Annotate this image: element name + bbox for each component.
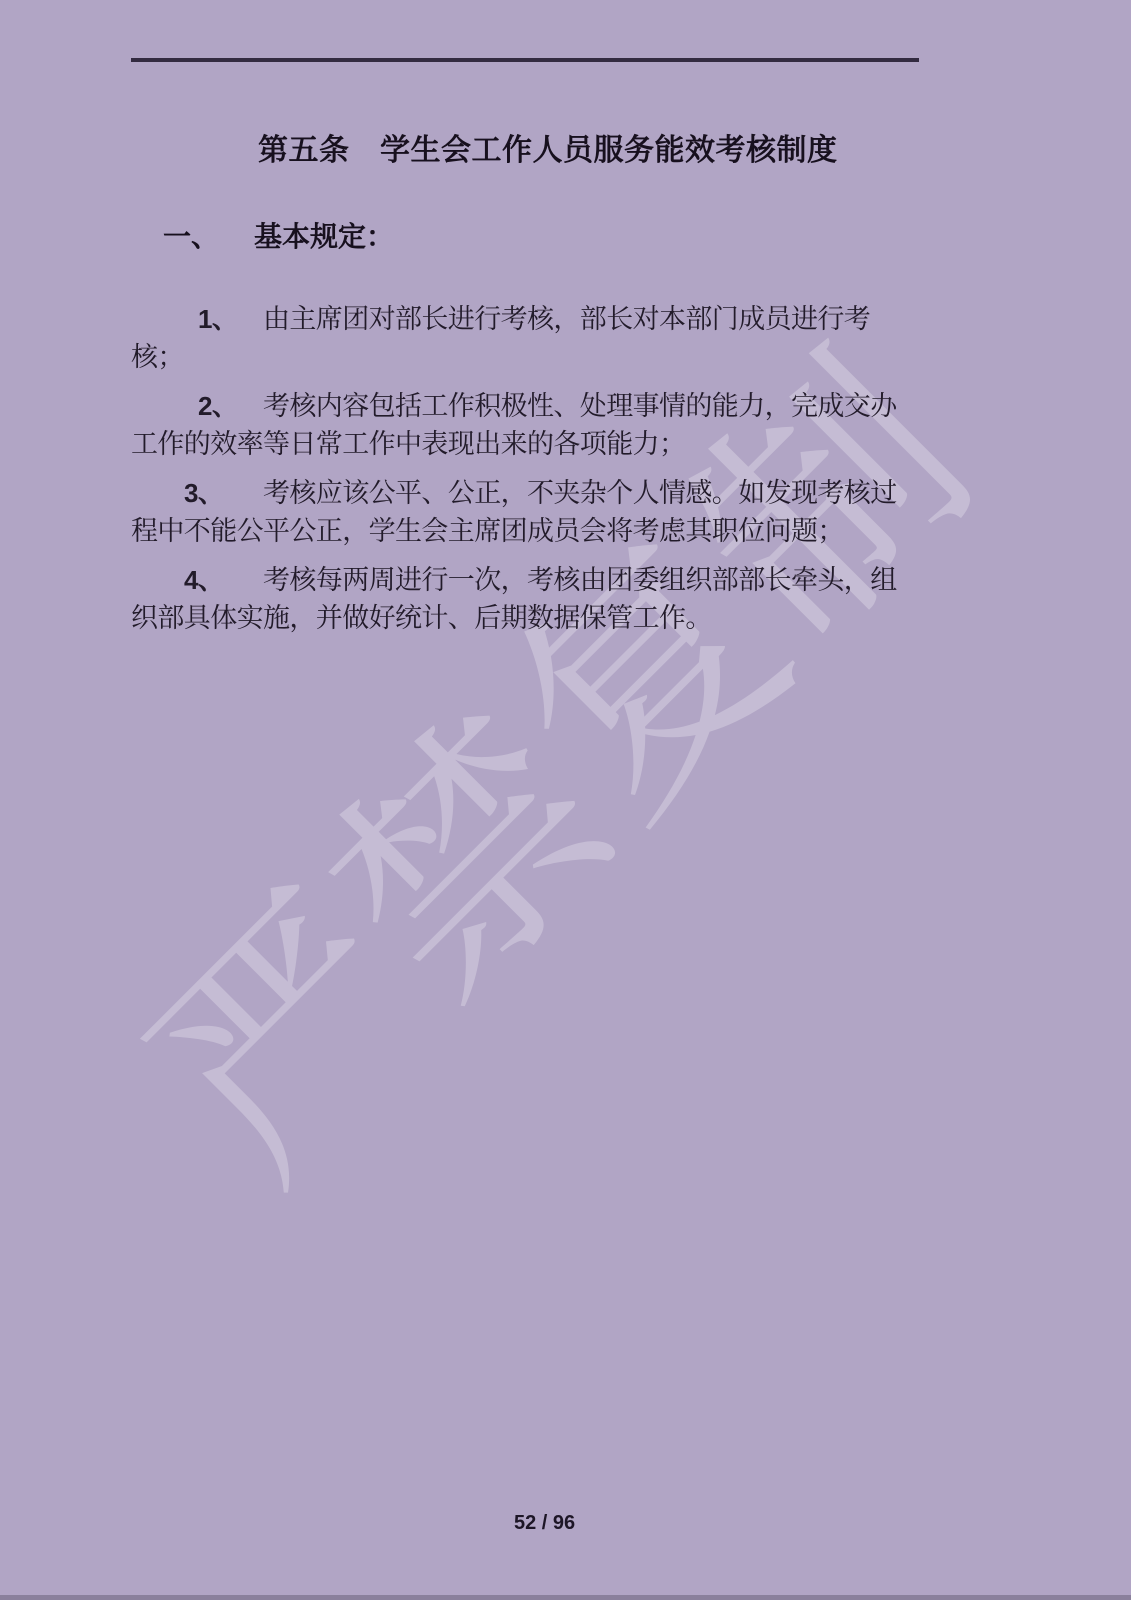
list-item: 2、考核内容包括工作积极性、处理事情的能力，完成交办 工作的效率等日常工作中表现…	[131, 387, 891, 463]
section-number: 一、	[163, 222, 254, 254]
list-item-line: 程中不能公平公正，学生会主席团成员会将考虑其职位问题；	[131, 512, 891, 550]
list-item-text: 由主席团对部长进行考核，部长对本部门成员进行考	[263, 304, 870, 334]
list-item-text: 考核内容包括工作积极性、处理事情的能力，完成交办	[263, 391, 897, 421]
list-item-line: 织部具体实施，并做好统计、后期数据保管工作。	[131, 599, 891, 637]
list-item-line: 工作的效率等日常工作中表现出来的各项能力；	[131, 425, 891, 463]
list-item-line: 2、考核内容包括工作积极性、处理事情的能力，完成交办	[131, 387, 891, 425]
page-bottom-edge	[0, 1595, 1131, 1600]
list-item-line: 核；	[131, 338, 891, 376]
page-title: 第五条 学生会工作人员服务能效考核制度	[258, 134, 838, 168]
list-item: 1、由主席团对部长进行考核，部长对本部门成员进行考 核；	[131, 300, 891, 376]
body-text: 1、由主席团对部长进行考核，部长对本部门成员进行考 核； 2、考核内容包括工作积…	[131, 300, 891, 648]
section-heading: 一、基本规定：	[163, 222, 394, 254]
list-item-number: 2、	[198, 387, 263, 425]
list-item-number: 3、	[184, 474, 263, 512]
page-content: 第五条 学生会工作人员服务能效考核制度 一、基本规定： 1、由主席团对部长进行考…	[0, 0, 1131, 1600]
list-item-number: 1、	[198, 300, 263, 338]
section-label: 基本规定：	[254, 222, 394, 253]
list-item-number: 4、	[184, 561, 263, 599]
list-item: 3、考核应该公平、公正，不夹杂个人情感。如发现考核过 程中不能公平公正，学生会主…	[131, 474, 891, 550]
page-number: 52 / 96	[514, 1512, 575, 1535]
list-item-line: 4、考核每两周进行一次，考核由团委组织部部长牵头，组	[131, 561, 891, 599]
list-item-line: 1、由主席团对部长进行考核，部长对本部门成员进行考	[131, 300, 891, 338]
list-item-text: 考核每两周进行一次，考核由团委组织部部长牵头，组	[263, 565, 897, 595]
list-item-line: 3、考核应该公平、公正，不夹杂个人情感。如发现考核过	[131, 474, 891, 512]
document-page: 严禁复制 第五条 学生会工作人员服务能效考核制度 一、基本规定： 1、由主席团对…	[0, 0, 1131, 1600]
list-item: 4、考核每两周进行一次，考核由团委组织部部长牵头，组 织部具体实施，并做好统计、…	[131, 561, 891, 637]
header-rule	[131, 58, 919, 62]
list-item-text: 考核应该公平、公正，不夹杂个人情感。如发现考核过	[263, 478, 897, 508]
